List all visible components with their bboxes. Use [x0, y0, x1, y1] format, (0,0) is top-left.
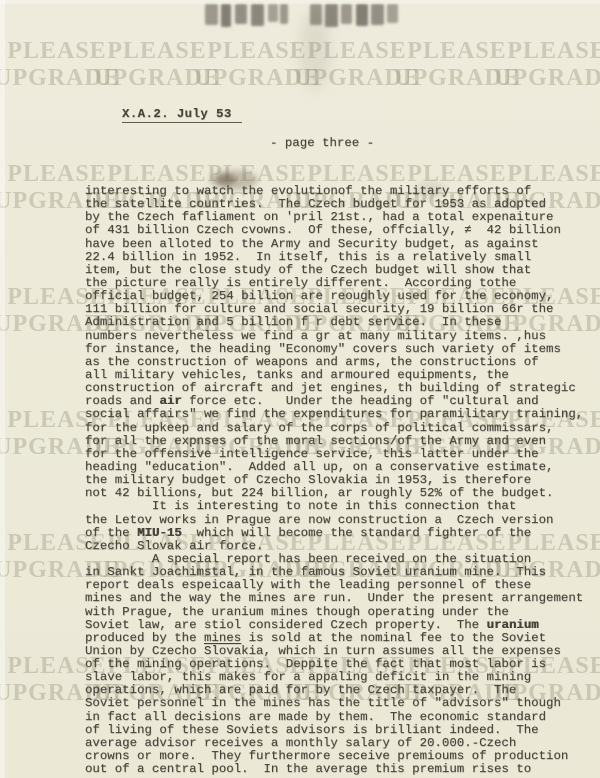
stamp-bar	[205, 4, 218, 25]
text-line: Soviet personnel in the mines has the ti…	[85, 697, 583, 710]
scan-edge-top	[0, 0, 600, 4]
text-line: out of a central pool. In the average th…	[85, 763, 583, 776]
stamp-bar	[310, 4, 322, 25]
scanned-document-page: PLEASEUPGRADEPLEASEUPGRADEPLEASEUPGRADEP…	[0, 0, 600, 778]
text-line: for instance, the heading "Economy" cove…	[85, 343, 583, 356]
scan-edge-left	[0, 0, 5, 778]
text-line: social affairs" we find the expenditures…	[85, 408, 583, 421]
text-line: produced by the mines is sold at the nom…	[85, 632, 583, 645]
stamp-bar	[251, 4, 264, 26]
text-line: Administration and 5 billion f r debt se…	[85, 316, 583, 329]
stamp-bar	[268, 4, 278, 22]
stamp-bar	[356, 4, 368, 26]
text-line: of the MIU-15 which will become the stan…	[85, 527, 583, 540]
stamp-bar	[325, 4, 338, 27]
watermark-text: PLEASEUPGRADE	[494, 38, 600, 92]
watermark-text: PLEASEUPGRADE	[0, 38, 120, 92]
text-line: item, but the close study of the Czech b…	[85, 264, 583, 277]
text-line: Czecho Slovak air force.	[85, 540, 583, 553]
text-line: for the upkeep and salary of the corps o…	[85, 422, 583, 435]
stamp-bar	[280, 4, 288, 24]
watermark-text: PLEASEUPGRADE	[394, 38, 520, 92]
text-line: It is interesting to note in this connec…	[85, 500, 583, 513]
text-line: 22.4 billion in 1952. In itself, this is…	[85, 251, 583, 264]
stamp-bar	[341, 4, 352, 24]
text-line: as the construction of weapons and arms,…	[85, 356, 583, 369]
text-line: for all the expnses of the moral section…	[85, 435, 583, 448]
stamp-bar	[221, 4, 231, 27]
document-body: interesting to watch the evolutionof the…	[85, 185, 583, 776]
stamp-bar	[235, 4, 247, 24]
document-reference: X.A.2. July 53	[122, 107, 242, 123]
text-line: mines and the way the mines are run. Und…	[85, 592, 583, 605]
text-line: for the offensive intelligence service, …	[85, 448, 583, 461]
text-line: of 431 billion Czech cvowns. Of these, o…	[85, 224, 583, 237]
text-line: have been alloted to the Army and Securi…	[85, 238, 583, 251]
stamp-bar	[371, 4, 384, 25]
stamp-bar	[387, 4, 398, 23]
page-number-label: - page three -	[270, 136, 374, 150]
text-line: in fact all decisions are made by them. …	[85, 711, 583, 724]
watermark-text: PLEASEUPGRADE	[94, 38, 220, 92]
watermark-text: PLEASEUPGRADE	[194, 38, 320, 92]
text-line: of living of these Soviets advisors is b…	[85, 724, 583, 737]
watermark-text: PLEASEUPGRADE	[294, 38, 420, 92]
text-line: Soviet law, are stiol considered Czech p…	[85, 619, 583, 632]
text-line: numbers nevertheless we find a gr at man…	[85, 330, 583, 343]
